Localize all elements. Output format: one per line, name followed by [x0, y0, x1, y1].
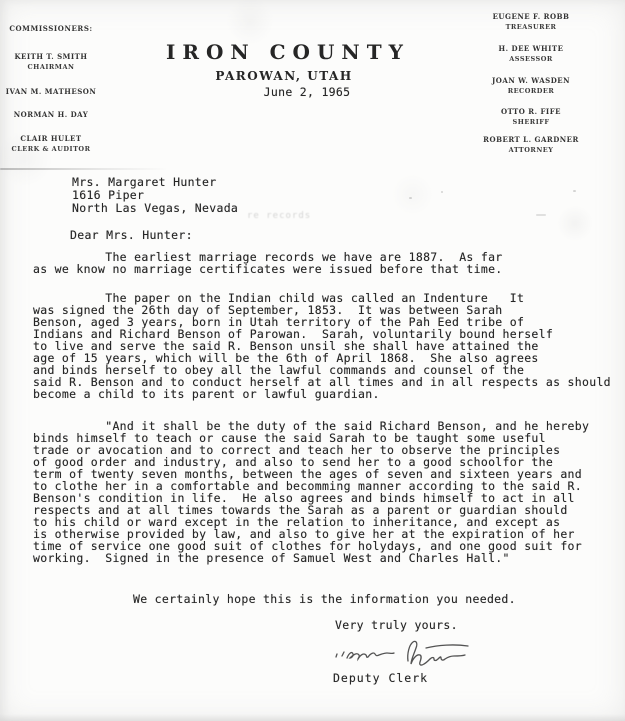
commissioner-name: CLAIR HULET [0, 134, 110, 143]
body-paragraph-3: "And it shall be the duty of the said Ri… [33, 420, 589, 564]
signer-title: Deputy Clerk [333, 671, 428, 685]
official-name: JOAN W. WASDEN [466, 76, 596, 85]
body-paragraph-1: The earliest marriage records we have ar… [33, 251, 503, 275]
official-title: ATTORNEY [466, 146, 596, 154]
salutation: Dear Mrs. Hunter: [70, 228, 193, 242]
county-name: IRON COUNTY [159, 40, 409, 64]
scan-speck [536, 214, 546, 216]
scan-speck [409, 197, 412, 199]
official-name: H. DEE WHITE [466, 44, 596, 53]
commissioner-name: IVAN M. MATHESON [0, 87, 110, 96]
official-title: RECORDER [466, 87, 596, 95]
recipient-address: Mrs. Margaret Hunter 1616 Piper North La… [72, 176, 238, 215]
commissioner-title: CLERK & AUDITOR [0, 145, 110, 153]
scan-edge-shade [0, 714, 625, 721]
recipient-city: North Las Vegas, Nevada [72, 202, 238, 215]
ghost-text: re records [247, 211, 311, 221]
official-name: ROBERT L. GARDNER [466, 135, 596, 144]
valediction: Very truly yours. [335, 618, 458, 632]
official-title: TREASURER [466, 23, 596, 31]
closing-sentence: We certainly hope this is the informatio… [133, 592, 516, 606]
scan-speck [441, 191, 443, 193]
city-state: PAROWAN, UTAH [159, 69, 409, 83]
official-name: OTTO R. FIFE [466, 107, 596, 116]
commissioner-name: NORMAN H. DAY [0, 110, 110, 119]
official-title: ASSESSOR [466, 55, 596, 63]
commissioner-name: KEITH T. SMITH [0, 52, 110, 61]
scan-artifact-line [0, 168, 168, 170]
signature-handwriting [330, 635, 490, 675]
official-name: EUGENE F. ROBB [466, 12, 596, 21]
commissioners-heading: COMMISSIONERS: [0, 24, 110, 33]
scan-speck [573, 190, 576, 192]
letter-date: June 2, 1965 [205, 85, 409, 99]
body-paragraph-2: The paper on the Indian child was called… [33, 292, 611, 400]
commissioner-title: CHAIRMAN [0, 63, 110, 71]
scanned-letter-page: COMMISSIONERS: KEITH T. SMITH CHAIRMAN I… [0, 0, 625, 721]
official-title: SHERIFF [466, 118, 596, 126]
